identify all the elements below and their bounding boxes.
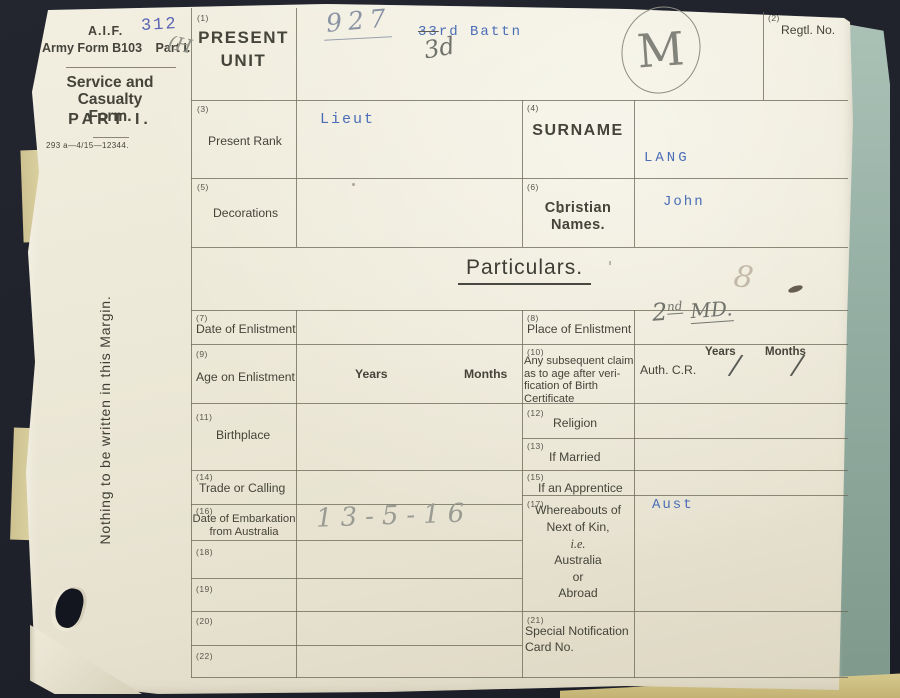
print-code: 293 a—4/15—12344. (46, 141, 129, 150)
field-label-nok-3: i.e. (522, 537, 634, 551)
field-label-trade-or-calling: Trade or Calling (199, 481, 285, 495)
entry-unit-correction-handwritten: 3d (422, 32, 457, 65)
entry-place-of-enlistment-handwritten: 2nd MD. (651, 293, 733, 327)
field-num-18: (18) (196, 547, 213, 557)
field-label-age-claim: Any subsequent claim as to age after ver… (524, 355, 634, 405)
scanned-service-record: A.I.F. 312 Army Form B103 Part I. (H Ser… (0, 0, 900, 698)
entry-unit-number-handwritten: 927 (325, 3, 393, 38)
entry-present-rank: Lieut (320, 111, 375, 128)
field-label-auth-cr: Auth. C.R. (640, 363, 696, 377)
field-label-religion: Religion (553, 416, 597, 430)
divider (191, 178, 848, 179)
divider (191, 645, 522, 646)
divider (522, 310, 523, 678)
col-header-years: Years (355, 367, 388, 381)
field-label-nok-6: Abroad (522, 586, 634, 600)
divider (763, 12, 764, 100)
divider (296, 8, 297, 247)
field-label-place-of-enlistment: Place of Enlistment (527, 322, 631, 336)
field-num-9: (9) (196, 349, 208, 359)
field-num-11: (11) (196, 412, 213, 422)
divider (191, 344, 848, 345)
divider (191, 403, 848, 404)
field-label-if-married: If Married (549, 450, 600, 464)
field-label-special-card: Special Notification Card No. (525, 623, 640, 655)
section-heading: Particulars. (458, 256, 591, 285)
field-num-12: (12) (527, 408, 544, 418)
col-header-months: Months (464, 367, 507, 381)
divider (191, 310, 848, 311)
field-num-5: (5) (197, 182, 209, 192)
org-label: A.I.F. (88, 24, 123, 38)
place-sup: nd (667, 299, 683, 315)
divider (191, 247, 848, 248)
field-num-3: (3) (197, 104, 209, 114)
divider (191, 578, 522, 579)
divider (191, 100, 848, 101)
field-label-present-rank: Present Rank (208, 134, 282, 148)
field-label-decorations: Decorations (213, 206, 278, 220)
divider (522, 438, 848, 439)
entry-surname: LANG (644, 150, 690, 166)
field-num-1: (1) (197, 13, 209, 23)
field-label-regtl-no: Regtl. No. (781, 23, 835, 37)
field-label-christian-names: Christian Names. (522, 200, 634, 234)
divider (191, 611, 848, 612)
field-label-date-of-enlistment: Date of Enlistment (196, 322, 296, 336)
field-num-19: (19) (196, 584, 213, 594)
field-num-6: (6) (527, 182, 539, 192)
field-num-22: (22) (196, 651, 213, 661)
paper-speck (558, 210, 562, 213)
divider (191, 540, 522, 541)
margin-note: Nothing to be written in this Margin. (95, 275, 115, 565)
entry-christian-names: John (663, 194, 705, 210)
field-label-if-an-apprentice: If an Apprentice (538, 481, 623, 495)
pencil-annotation: (H (166, 32, 194, 59)
divider (634, 100, 635, 247)
field-label-age-on-enlistment: Age on Enlistment (196, 370, 295, 384)
field-label-surname: SURNAME (522, 124, 634, 138)
part-heading: PART I. (34, 111, 186, 129)
paper-speck (352, 183, 355, 186)
field-label-nok-4: Australia (522, 553, 634, 567)
divider (522, 495, 848, 496)
field-num-2: (2) (768, 13, 780, 23)
field-label-nok-5: or (522, 570, 634, 584)
header-rule-small (93, 137, 129, 138)
field-num-20: (20) (196, 616, 213, 626)
form-name: Army Form B103 (42, 41, 142, 55)
field-label-nok-2: Next of Kin, (522, 520, 634, 534)
field-label-date-of-embarkation: Date of Embarkation from Australia (192, 513, 296, 538)
entry-embarkation-date-handwritten: 13-5-16 (316, 498, 473, 533)
field-num-13: (13) (527, 441, 544, 451)
pencil-tick: ' (608, 258, 612, 276)
place-rest: MD. (690, 296, 734, 324)
sorting-letter: M (636, 21, 687, 78)
field-num-4: (4) (527, 103, 539, 113)
divider (191, 677, 848, 678)
field-label-present-unit: PRESENT UNIT (191, 26, 296, 72)
header-rule (66, 67, 176, 68)
field-label-nok-1: Whereabouts of (522, 503, 634, 517)
divider (296, 310, 297, 678)
divider (191, 470, 848, 471)
field-label-birthplace: Birthplace (216, 428, 270, 442)
entry-next-of-kin-whereabouts: Aust (652, 497, 694, 513)
